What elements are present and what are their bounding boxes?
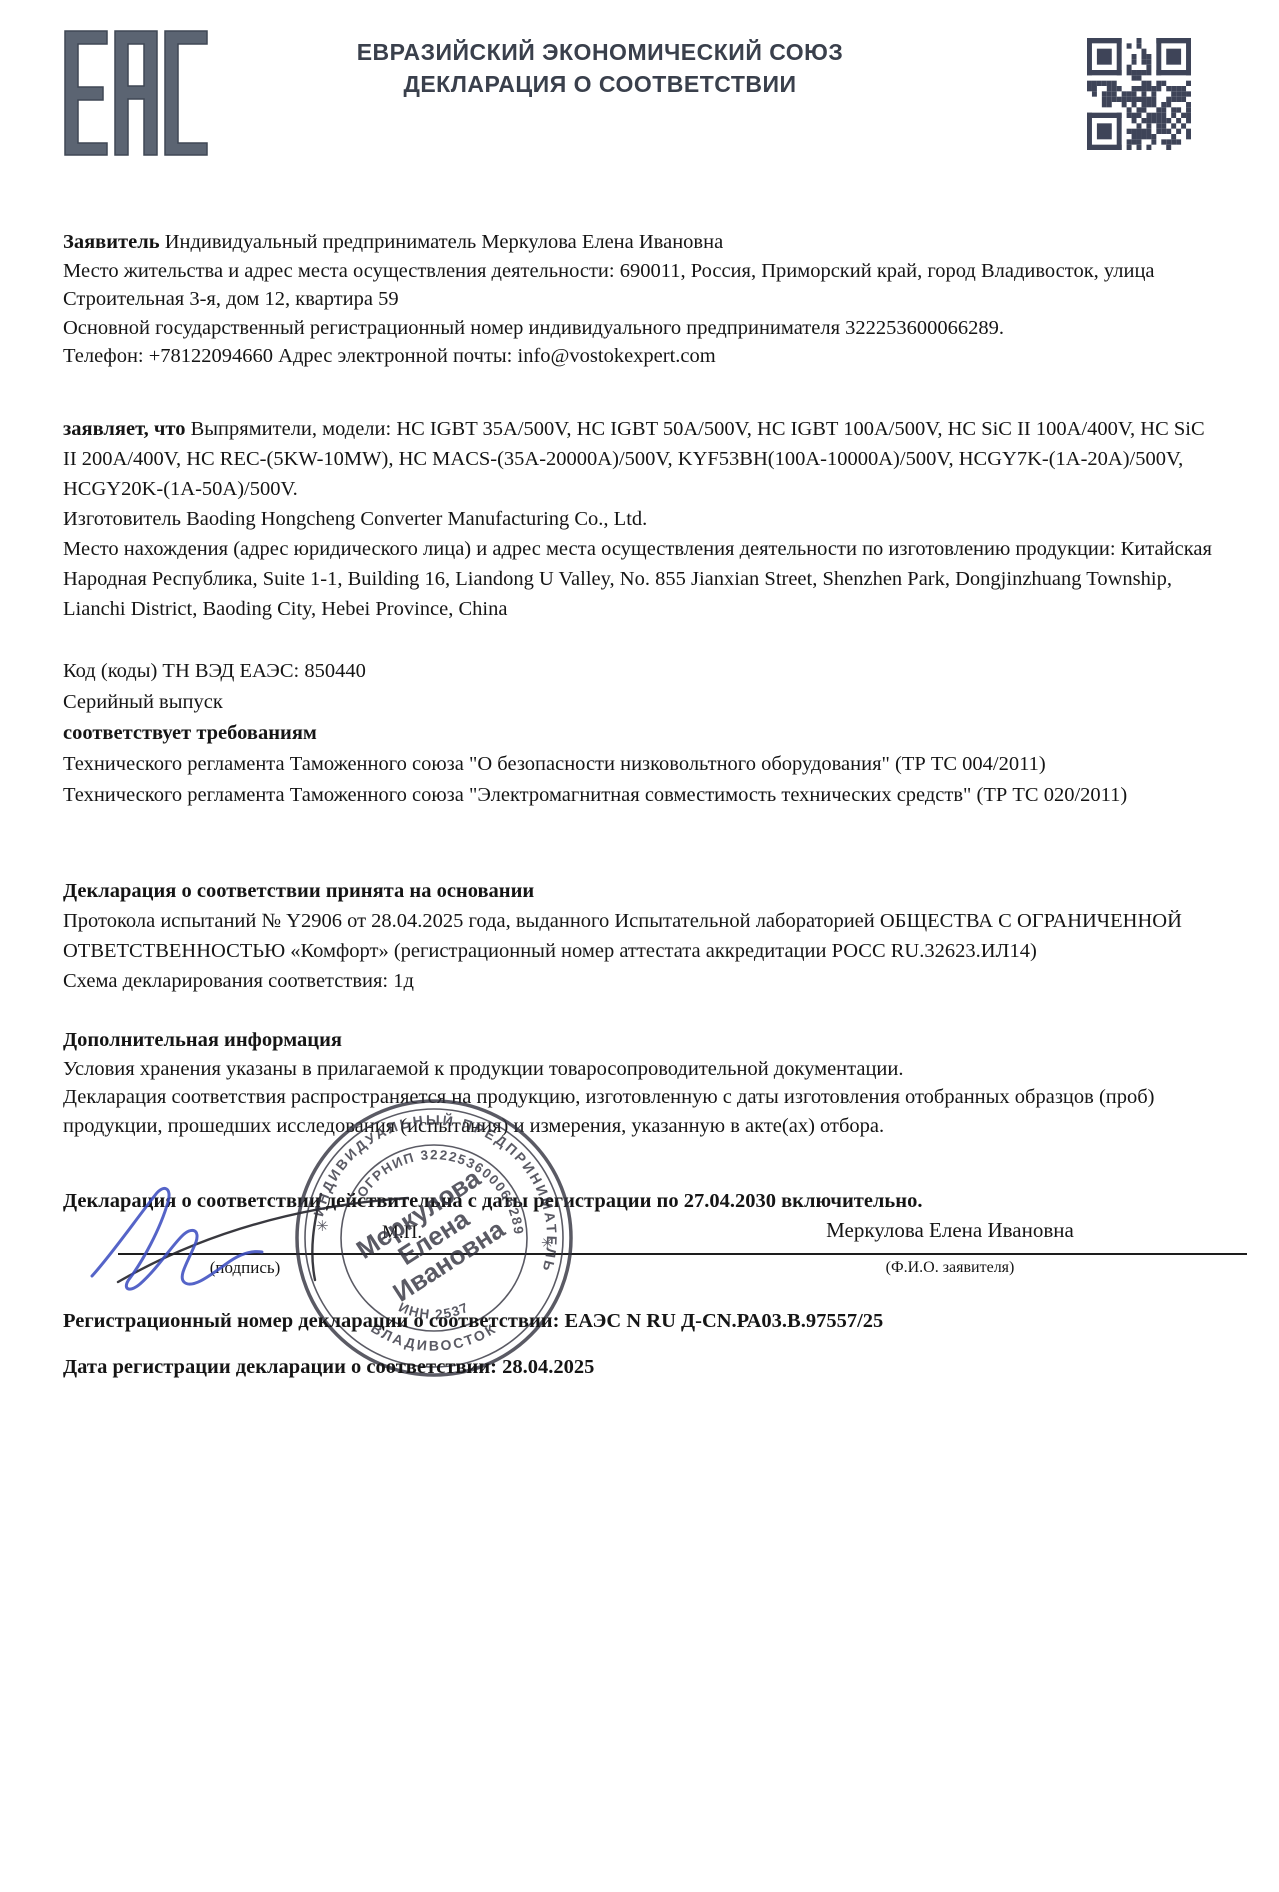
applicant-name: Индивидуальный предприниматель Меркулова… [160,231,724,253]
stamp-separator-left: ✳ [316,1218,329,1235]
additional-info-section: Дополнительная информация Условия хранен… [63,1026,1218,1140]
applicant-residence: Место жительства и адрес места осуществл… [63,257,1218,314]
product-models-line: заявляет, что Выпрямители, модели: HC IG… [63,414,1218,504]
round-stamp: ИНДИВИДУАЛЬНЫЙ ПРЕДПРИНИМАТЕЛЬ ОГРНИП 32… [294,1098,574,1378]
tnved-code: Код (коды) ТН ВЭД ЕАЭС: 850440 [63,656,1218,687]
stamp-separator-right: ✳ [541,1235,554,1252]
basis-heading: Декларация о соответствии принята на осн… [63,876,1218,906]
applicant-line: Заявитель Индивидуальный предприниматель… [63,228,1218,257]
compliance-heading: соответствует требованиям [63,718,1218,749]
document-title: ЕВРАЗИЙСКИЙ ЭКОНОМИЧЕСКИЙ СОЮЗ ДЕКЛАРАЦИ… [250,36,950,100]
declares-label: заявляет, что [63,418,185,440]
eac-logo-icon [63,30,209,156]
basis-section: Декларация о соответствии принята на осн… [63,876,1218,996]
applicant-fio: Меркулова Елена Ивановна [750,1218,1150,1243]
registration-date-line: Дата регистрации декларации о соответств… [63,1356,1223,1379]
applicant-ogrnip: Основной государственный регистрационный… [63,314,1218,343]
declaration-document: ЕВРАЗИЙСКИЙ ЭКОНОМИЧЕСКИЙ СОЮЗ ДЕКЛАРАЦИ… [0,0,1279,1892]
compliance-reg1: Технического регламента Таможенного союз… [63,749,1218,780]
additional-heading: Дополнительная информация [63,1026,1218,1055]
qr-code-icon [1087,38,1191,150]
title-line-2: ДЕКЛАРАЦИЯ О СООТВЕТСТВИИ [250,68,950,100]
product-models: Выпрямители, модели: HC IGBT 35A/500V, H… [63,418,1205,500]
title-line-1: ЕВРАЗИЙСКИЙ ЭКОНОМИЧЕСКИЙ СОЮЗ [250,36,950,68]
compliance-reg2: Технического регламента Таможенного союз… [63,780,1218,811]
fio-caption: (Ф.И.О. заявителя) [800,1259,1100,1277]
additional-storage: Условия хранения указаны в прилагаемой к… [63,1055,1218,1084]
manufacturer-line: Изготовитель Baoding Hongcheng Converter… [63,504,1218,534]
issue-type: Серийный выпуск [63,687,1218,718]
compliance-section: Код (коды) ТН ВЭД ЕАЭС: 850440 Серийный … [63,656,1218,811]
registration-number-line: Регистрационный номер декларации о соотв… [63,1310,1223,1333]
applicant-contacts: Телефон: +78122094660 Адрес электронной … [63,342,1218,371]
applicant-section: Заявитель Индивидуальный предприниматель… [63,228,1218,371]
basis-protocol: Протокола испытаний № Y2906 от 28.04.202… [63,906,1218,966]
applicant-label: Заявитель [63,231,160,253]
manufacturer-address: Место нахождения (адрес юридического лиц… [63,534,1218,624]
additional-coverage: Декларация соответствия распространяется… [63,1083,1218,1140]
basis-scheme: Схема декларирования соответствия: 1д [63,966,1218,996]
product-section: заявляет, что Выпрямители, модели: HC IG… [63,414,1218,624]
